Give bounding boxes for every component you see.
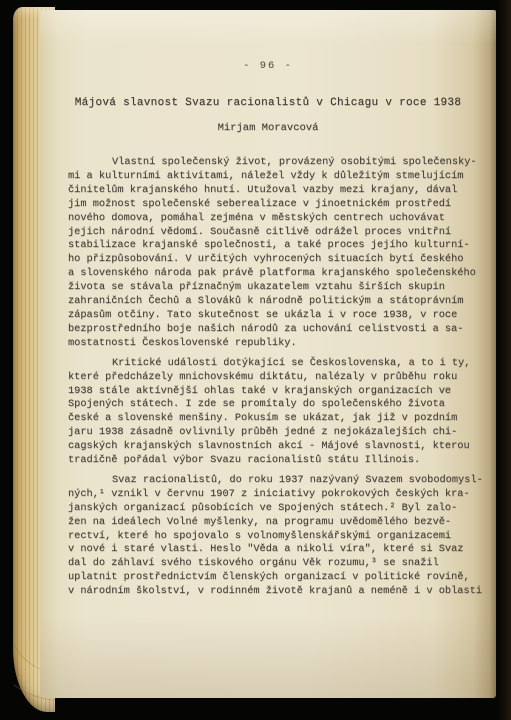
paragraph-3: Svaz racionalistů, do roku 1937 nazývaný… (68, 474, 494, 599)
article-title: Májová slavnost Svazu racionalistů v Chi… (40, 97, 496, 109)
paragraph-2: Kritické události dotýkající se Českoslo… (68, 357, 494, 468)
document-page: - 96 - Májová slavnost Svazu racionalist… (40, 10, 496, 698)
binding-gutter-shadow (498, 0, 511, 720)
paragraph-1: Vlastní společenský život, provázený oso… (68, 156, 494, 351)
article-author: Mirjam Moravcová (40, 122, 496, 134)
page-number: - 96 - (40, 60, 496, 72)
article-body: Vlastní společenský život, provázený oso… (68, 156, 494, 599)
book-photo-scene: - 96 - Májová slavnost Svazu racionalist… (0, 0, 511, 720)
